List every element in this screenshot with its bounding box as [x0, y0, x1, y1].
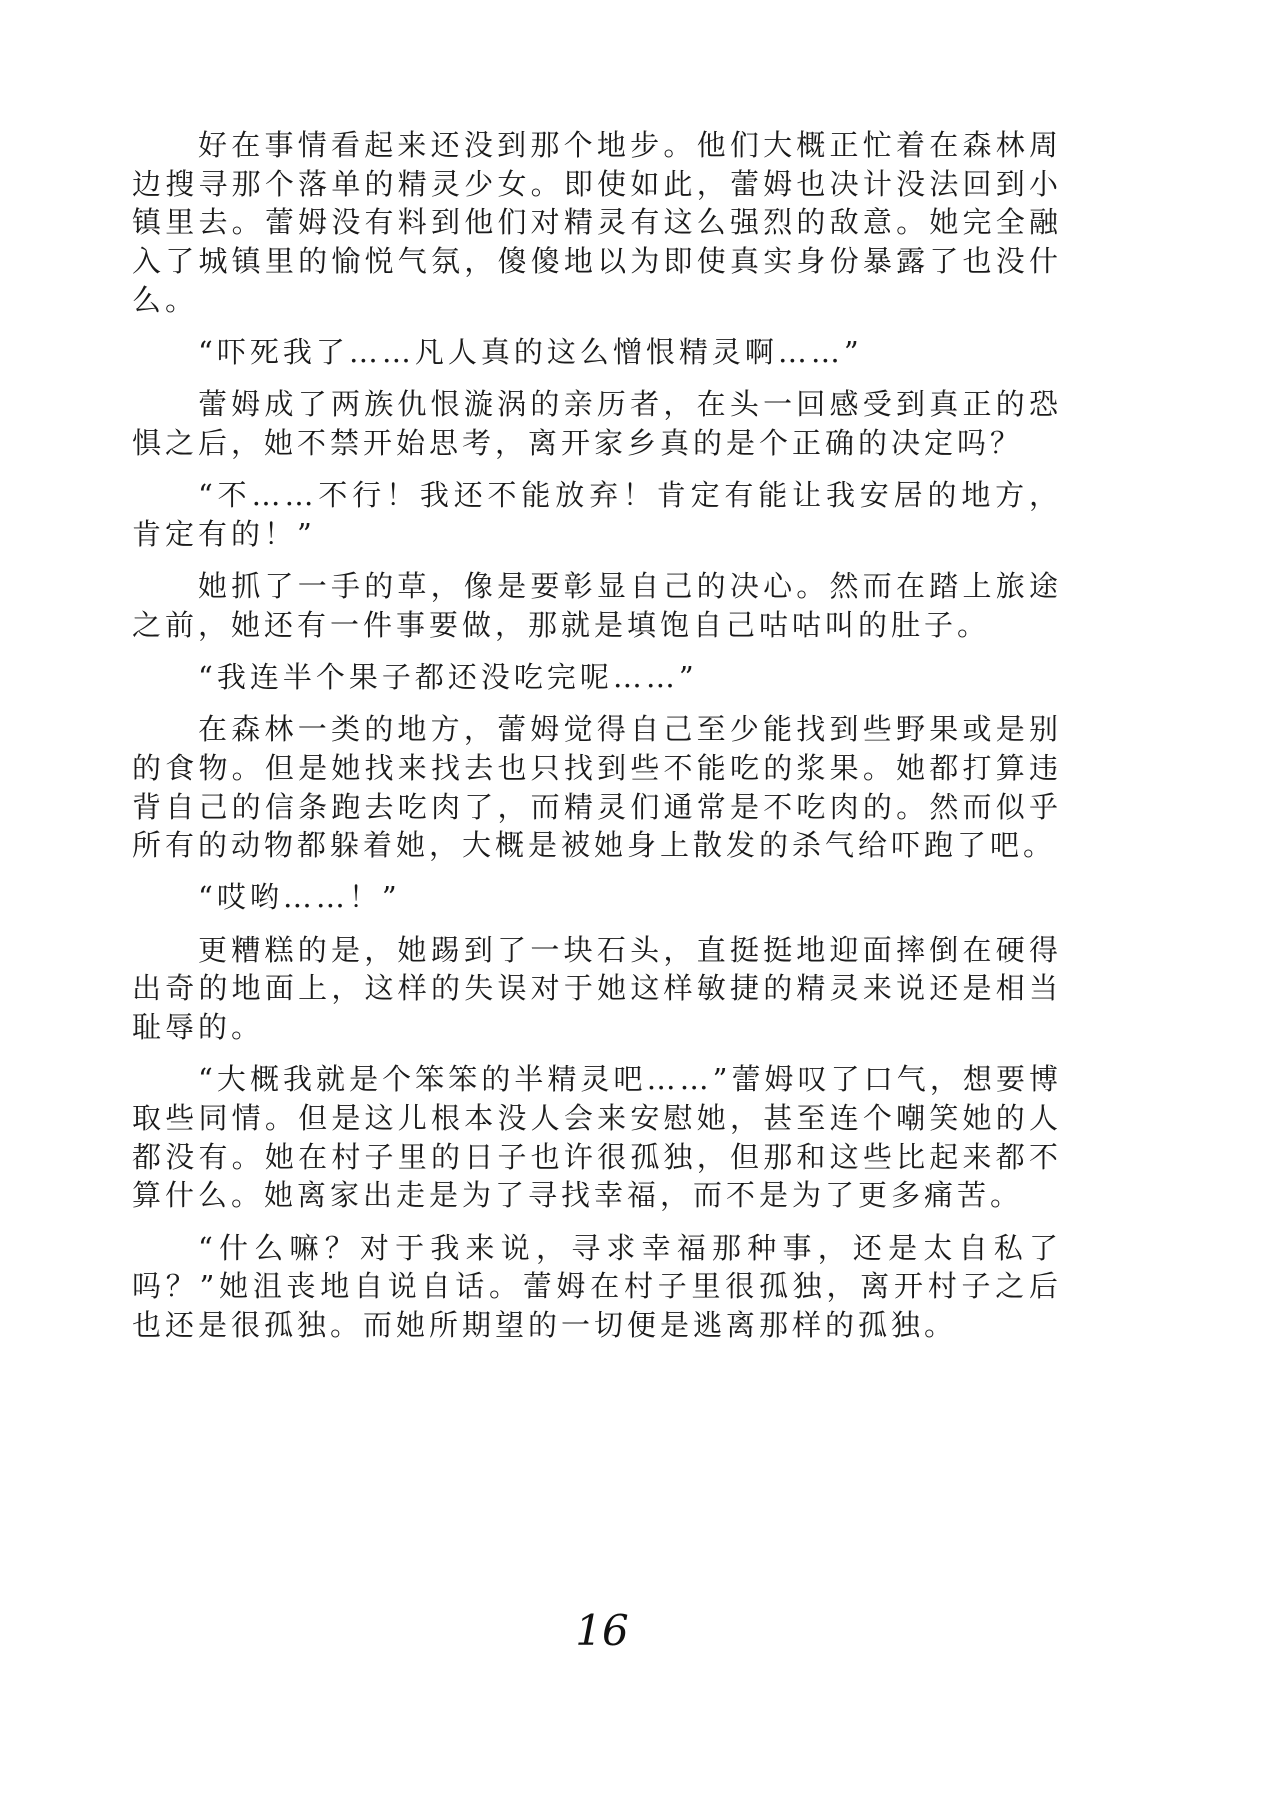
page-body: 好在事情看起来还没到那个地步。他们大概正忙着在森林周边搜寻那个落单的精灵少女。即…	[132, 126, 1062, 1358]
page-number: 16	[0, 1606, 1204, 1656]
paragraph: 她抓了一手的草，像是要彰显自己的决心。然而在踏上旅途之前，她还有一件事要做，那就…	[132, 567, 1062, 644]
paragraph: 蕾姆成了两族仇恨漩涡的亲历者，在头一回感受到真正的恐惧之后，她不禁开始思考，离开…	[132, 385, 1062, 462]
dialogue-paragraph: “吓死我了……凡人真的这么憎恨精灵啊……”	[132, 333, 1062, 372]
paragraph: “大概我就是个笨笨的半精灵吧……”蕾姆叹了口气，想要博取些同情。但是这儿根本没人…	[132, 1060, 1062, 1215]
dialogue-paragraph: “哎哟……！”	[132, 878, 1062, 917]
paragraph: 好在事情看起来还没到那个地步。他们大概正忙着在森林周边搜寻那个落单的精灵少女。即…	[132, 126, 1062, 320]
paragraph: “什么嘛？对于我来说，寻求幸福那种事，还是太自私了吗？”她沮丧地自说自话。蕾姆在…	[132, 1229, 1062, 1345]
paragraph: 更糟糕的是，她踢到了一块石头，直挺挺地迎面摔倒在硬得出奇的地面上，这样的失误对于…	[132, 931, 1062, 1047]
dialogue-paragraph: “不……不行！我还不能放弃！肯定有能让我安居的地方，肯定有的！”	[132, 476, 1062, 553]
dialogue-paragraph: “我连半个果子都还没吃完呢……”	[132, 658, 1062, 697]
paragraph: 在森林一类的地方，蕾姆觉得自己至少能找到些野果或是别的食物。但是她找来找去也只找…	[132, 710, 1062, 865]
